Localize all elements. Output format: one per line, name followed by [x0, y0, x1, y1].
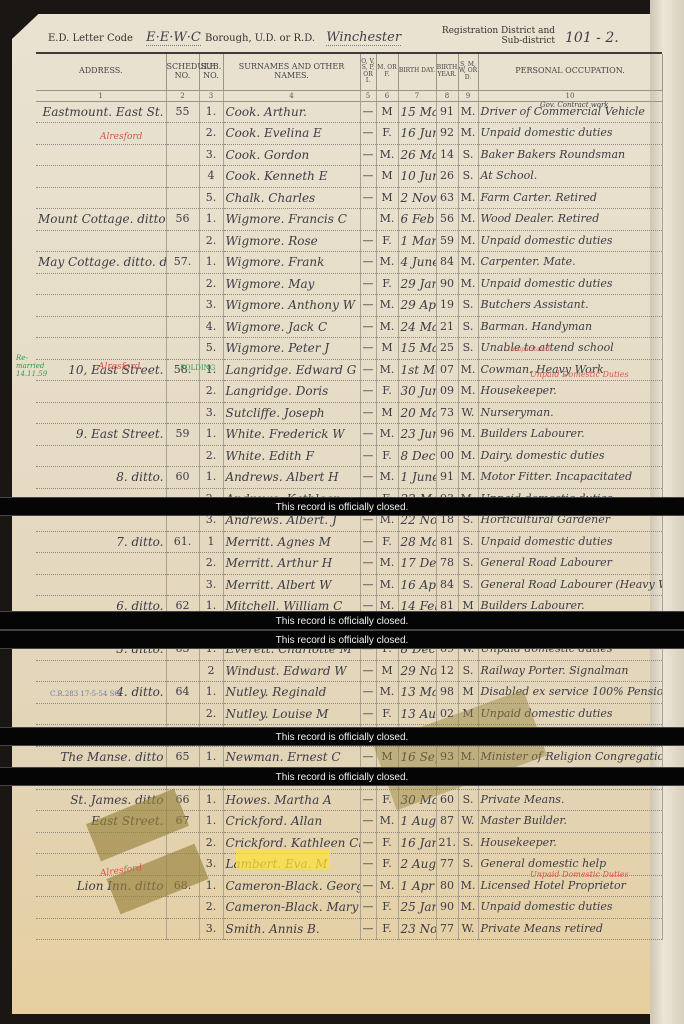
cell-status: M	[458, 682, 478, 704]
cell-status: S.	[458, 854, 478, 876]
cell-status: M.	[458, 424, 478, 446]
cell-occupation: Builders Labourer.	[478, 424, 662, 446]
cell-sub: 3.	[199, 144, 223, 166]
cell-sub: 2.	[199, 381, 223, 403]
cell-status: S.	[458, 574, 478, 596]
table-row: 3.Sutcliffe. Joseph—M20 May73W.Nurseryma…	[36, 402, 662, 424]
cell-ovspi: —	[360, 123, 376, 145]
cell-name: Nutley. Louise M	[223, 703, 360, 725]
cell-name: Wigmore. Anthony W	[223, 295, 360, 317]
col-marital: S, M, W, or D.	[458, 54, 478, 90]
cell-sex: M.	[376, 209, 398, 231]
cell-ovspi: —	[360, 144, 376, 166]
cell-year: 84	[436, 574, 458, 596]
cell-status: M.	[458, 101, 478, 123]
cell-sub: 2.	[199, 553, 223, 575]
cell-sex: M.	[376, 144, 398, 166]
cell-ovspi: —	[360, 295, 376, 317]
cell-schedule	[166, 574, 199, 596]
cell-sub: 2.	[199, 123, 223, 145]
cell-day: 17 Dec	[398, 553, 436, 575]
yellow-highlight	[236, 849, 330, 869]
cell-year: 12	[436, 660, 458, 682]
cell-schedule	[166, 445, 199, 467]
cell-occupation: Wood Dealer. Retired	[478, 209, 662, 231]
cell-status: S.	[458, 338, 478, 360]
cell-year: 80	[436, 875, 458, 897]
cell-day: 15 Mar	[398, 101, 436, 123]
cell-address	[36, 144, 166, 166]
cell-status: S.	[458, 832, 478, 854]
cell-day: 13 Aug	[398, 703, 436, 725]
cell-year: 56	[436, 209, 458, 231]
cell-day: 23 June	[398, 424, 436, 446]
cell-name: Cameron-Black. George	[223, 875, 360, 897]
cell-name: Wigmore. Frank	[223, 252, 360, 274]
cell-name: Wigmore. Peter J	[223, 338, 360, 360]
cell-ovspi: —	[360, 703, 376, 725]
cell-year: 26	[436, 166, 458, 188]
cell-status: W.	[458, 402, 478, 424]
cell-sub: 1.	[199, 424, 223, 446]
cell-day: 1 Aug	[398, 811, 436, 833]
col-num: 1	[36, 90, 166, 101]
cell-sex: M.	[376, 424, 398, 446]
ed-letter-code-label: E.D. Letter Code	[48, 33, 133, 44]
cell-ovspi: —	[360, 789, 376, 811]
cell-sex: M.	[376, 467, 398, 489]
col-num: 2	[166, 90, 199, 101]
cell-status: M.	[458, 187, 478, 209]
table-row: 2.White. Edith F—F.8 Dec00M.Dairy. domes…	[36, 445, 662, 467]
cell-day: 30 June	[398, 381, 436, 403]
cell-schedule	[166, 381, 199, 403]
cell-ovspi: —	[360, 682, 376, 704]
cell-status: M.	[458, 467, 478, 489]
cell-schedule: 56	[166, 209, 199, 231]
cell-year: 87	[436, 811, 458, 833]
cell-year: 91	[436, 467, 458, 489]
cell-day: 1 Mar	[398, 230, 436, 252]
cell-ovspi: —	[360, 553, 376, 575]
cell-day: 29 Apr	[398, 295, 436, 317]
cell-address	[36, 445, 166, 467]
cell-sex: F.	[376, 123, 398, 145]
cell-schedule	[166, 144, 199, 166]
cell-day: 24 May	[398, 316, 436, 338]
cell-year: 63	[436, 187, 458, 209]
cell-address: 9. East Street.	[36, 424, 166, 446]
cell-status: M.	[458, 123, 478, 145]
cell-occupation: Unpaid domestic duties	[478, 123, 662, 145]
cell-ovspi	[360, 209, 376, 231]
cell-year: 73	[436, 402, 458, 424]
cell-day: 1 June	[398, 467, 436, 489]
col-ovspi: O, V, S, P, or I.	[360, 54, 376, 90]
cell-year: 81	[436, 531, 458, 553]
cell-name: Smith. Annis B.	[223, 918, 360, 940]
table-row: 5.Wigmore. Peter J—M15 May25S.Unable to …	[36, 338, 662, 360]
cell-ovspi: —	[360, 359, 376, 381]
cell-address	[36, 381, 166, 403]
cell-occupation: Barman. Handyman	[478, 316, 662, 338]
col-num: 10	[478, 90, 662, 101]
cell-status: M.	[458, 273, 478, 295]
cell-name: Cameron-Black. Mary	[223, 897, 360, 919]
cell-ovspi: —	[360, 531, 376, 553]
annotation-folding: FOLDING	[180, 364, 215, 372]
cell-name: Cook. Evelina E	[223, 123, 360, 145]
cell-schedule	[166, 230, 199, 252]
cell-ovspi: —	[360, 875, 376, 897]
cell-ovspi: —	[360, 467, 376, 489]
cell-occupation: Nurseryman.	[478, 402, 662, 424]
table-row: Mount Cottage. ditto ditto.561.Wigmore. …	[36, 209, 662, 231]
cell-sub: 1.	[199, 467, 223, 489]
cell-address	[36, 574, 166, 596]
cell-ovspi: —	[360, 166, 376, 188]
cell-occupation: Unpaid domestic duties	[478, 531, 662, 553]
cell-address	[36, 703, 166, 725]
cell-year: 96	[436, 424, 458, 446]
cell-schedule: 65	[166, 746, 199, 768]
annotation-unpaid-domestic: Unpaid Domestic Duties	[530, 870, 629, 879]
cell-address: 7. ditto.	[36, 531, 166, 553]
cell-year: 77	[436, 918, 458, 940]
cell-schedule: 57.	[166, 252, 199, 274]
cell-sub: 5.	[199, 187, 223, 209]
table-row: 4Cook. Kenneth E—M10 June26S.At School.	[36, 166, 662, 188]
cell-year: 07	[436, 359, 458, 381]
table-row: 2.Wigmore. Rose—F.1 Mar59M.Unpaid domest…	[36, 230, 662, 252]
col-num: 3	[199, 90, 223, 101]
cell-sub: 1.	[199, 209, 223, 231]
cell-ovspi: —	[360, 832, 376, 854]
cell-day: 2 Aug	[398, 854, 436, 876]
cell-day: 26 Mar	[398, 144, 436, 166]
cell-sex: M.	[376, 574, 398, 596]
registration-label: Registration District and Sub-district	[430, 26, 555, 46]
cell-sex: M.	[376, 359, 398, 381]
cell-sub: 1.	[199, 101, 223, 123]
cell-name: Cook. Gordon	[223, 144, 360, 166]
cell-ovspi: —	[360, 187, 376, 209]
cell-schedule	[166, 166, 199, 188]
col-names: Surnames and Other Names.	[223, 54, 360, 90]
cell-sub: 3.	[199, 574, 223, 596]
cell-year: 92	[436, 123, 458, 145]
cell-schedule	[166, 123, 199, 145]
cell-day: 1st Mar	[398, 359, 436, 381]
cell-schedule	[166, 295, 199, 317]
cell-year: 21	[436, 316, 458, 338]
cell-sex: F.	[376, 445, 398, 467]
cell-occupation: At School.	[478, 166, 662, 188]
cell-schedule	[166, 273, 199, 295]
cell-name: Merritt. Agnes M	[223, 531, 360, 553]
cell-address: Mount Cottage. ditto ditto.	[36, 209, 166, 231]
cell-ovspi: —	[360, 273, 376, 295]
cell-ovspi: —	[360, 381, 376, 403]
cell-sex: M.	[376, 252, 398, 274]
cell-day: 29 Jan	[398, 273, 436, 295]
cell-address: Eastmount. East St.	[36, 101, 166, 123]
cell-year: 59	[436, 230, 458, 252]
cell-address	[36, 295, 166, 317]
cell-status: S.	[458, 789, 478, 811]
cell-status: M.	[458, 875, 478, 897]
cell-schedule	[166, 187, 199, 209]
cell-name: White. Frederick W	[223, 424, 360, 446]
annotation-alresford: Alresford	[98, 362, 140, 372]
closed-record-banner: This record is officially closed.	[0, 767, 684, 786]
cell-day: 2 Nov	[398, 187, 436, 209]
table-header: Address. Schedule No. Sub. No. Surnames …	[36, 54, 662, 90]
table-row: The Manse. ditto651.Newman. Ernest C—M16…	[36, 746, 662, 768]
cell-sub: 4	[199, 166, 223, 188]
cell-address	[36, 187, 166, 209]
cell-year: 78	[436, 553, 458, 575]
cell-name: Cook. Arthur.	[223, 101, 360, 123]
cell-sex: F.	[376, 381, 398, 403]
col-birth-year: Birth Year.	[436, 54, 458, 90]
cell-ovspi: —	[360, 424, 376, 446]
col-address: Address.	[36, 54, 166, 90]
cell-status: S.	[458, 316, 478, 338]
cell-year: 98	[436, 682, 458, 704]
cell-schedule	[166, 918, 199, 940]
cell-status: S.	[458, 166, 478, 188]
cell-day: 20 May	[398, 402, 436, 424]
cell-year: 84	[436, 252, 458, 274]
cell-occupation: Private Means.	[478, 789, 662, 811]
col-num: 8	[436, 90, 458, 101]
col-num: 7	[398, 90, 436, 101]
cell-day: 15 May	[398, 338, 436, 360]
cell-status: M.	[458, 359, 478, 381]
cell-status: M.	[458, 381, 478, 403]
cell-sex: M.	[376, 682, 398, 704]
cell-name: White. Edith F	[223, 445, 360, 467]
cell-status: S.	[458, 144, 478, 166]
cell-sex: M	[376, 338, 398, 360]
cell-occupation: Unpaid domestic duties	[478, 230, 662, 252]
cell-schedule	[166, 316, 199, 338]
cell-occupation: General Road Labourer (Heavy Work)	[478, 574, 662, 596]
cell-address: The Manse. ditto	[36, 746, 166, 768]
cell-sex: M.	[376, 295, 398, 317]
cell-sub: 1	[199, 531, 223, 553]
table-row: 3.Cook. Gordon—M.26 Mar14S.Baker Bakers …	[36, 144, 662, 166]
cell-sex: F.	[376, 854, 398, 876]
col-num: 6	[376, 90, 398, 101]
cell-day: 28 May	[398, 531, 436, 553]
cell-year: 19	[436, 295, 458, 317]
closed-record-banner: This record is officially closed.	[0, 630, 684, 649]
cell-sub: 1.	[199, 811, 223, 833]
cell-address	[36, 230, 166, 252]
cell-year: 91	[436, 101, 458, 123]
table-row: 2Windust. Edward W—M29 Nov12S.Railway Po…	[36, 660, 662, 682]
cell-sex: F.	[376, 230, 398, 252]
cell-occupation: General Road Labourer	[478, 553, 662, 575]
cell-sub: 2.	[199, 832, 223, 854]
cell-address	[36, 166, 166, 188]
cell-address	[36, 316, 166, 338]
cell-ovspi: —	[360, 918, 376, 940]
cell-day: 23 Nov	[398, 918, 436, 940]
cell-occupation: Dairy. domestic duties	[478, 445, 662, 467]
cell-occupation: Unable to attend school	[478, 338, 662, 360]
table-row: 3.Merritt. Albert W—M.16 Apr84S.General …	[36, 574, 662, 596]
borough-value: Winchester	[326, 30, 401, 46]
closed-record-banner: This record is officially closed.	[0, 497, 684, 516]
table-row: 2.Nutley. Louise M—F.13 Aug02MUnpaid dom…	[36, 703, 662, 725]
cell-year: 77	[436, 854, 458, 876]
cell-status: M.	[458, 445, 478, 467]
cell-name: Crickford. Allan	[223, 811, 360, 833]
cell-sub: 2.	[199, 445, 223, 467]
cell-ovspi: —	[360, 811, 376, 833]
cell-day: 1 Apr	[398, 875, 436, 897]
table-row: 9. East Street.591.White. Frederick W—M.…	[36, 424, 662, 446]
cell-ovspi: —	[360, 445, 376, 467]
col-birth-day: Birth Day.	[398, 54, 436, 90]
cell-day: 8 Dec	[398, 445, 436, 467]
closed-record-banner: This record is officially closed.	[0, 611, 684, 630]
cell-year: 25	[436, 338, 458, 360]
cell-year: 90	[436, 273, 458, 295]
cell-day: 10 June	[398, 166, 436, 188]
cell-sub: 3.	[199, 295, 223, 317]
cell-name: Howes. Martha A	[223, 789, 360, 811]
cell-ovspi: —	[360, 660, 376, 682]
col-sex: M. or F.	[376, 54, 398, 90]
cell-sub: 3.	[199, 918, 223, 940]
col-sub-no: Sub. No.	[199, 54, 223, 90]
table-row: 3.Smith. Annis B.—F.23 Nov77W.Private Me…	[36, 918, 662, 940]
table-row: 5.Chalk. Charles—M2 Nov63M.Farm Carter. …	[36, 187, 662, 209]
cell-address: 8. ditto.	[36, 467, 166, 489]
cell-sub: 2	[199, 660, 223, 682]
col-num: 9	[458, 90, 478, 101]
cell-name: Merritt. Albert W	[223, 574, 360, 596]
col-num: 5	[360, 90, 376, 101]
cell-day: 16 Apr	[398, 574, 436, 596]
annotation-remarried: Re-married 14.11.59	[16, 354, 56, 378]
col-schedule-no: Schedule No.	[166, 54, 199, 90]
cell-name: Wigmore. Rose	[223, 230, 360, 252]
cell-name: Cook. Kenneth E	[223, 166, 360, 188]
annotation-incapacitated: Incapacitated	[508, 346, 550, 353]
cell-sex: M	[376, 402, 398, 424]
cell-occupation: Baker Bakers Roundsman	[478, 144, 662, 166]
annotation-alresford: Alresford	[100, 132, 142, 142]
cell-ovspi: —	[360, 338, 376, 360]
cell-sub: 2.	[199, 230, 223, 252]
cell-occupation: Unpaid domestic duties	[478, 897, 662, 919]
cell-occupation: Housekeeper.	[478, 381, 662, 403]
cell-status: S.	[458, 660, 478, 682]
cell-occupation: Carpenter. Mate.	[478, 252, 662, 274]
cell-day: 4 June	[398, 252, 436, 274]
cell-sex: M	[376, 660, 398, 682]
cell-name: Nutley. Reginald	[223, 682, 360, 704]
cell-year: 90	[436, 897, 458, 919]
cell-name: Langridge. Doris	[223, 381, 360, 403]
cell-schedule	[166, 897, 199, 919]
cell-status: S.	[458, 531, 478, 553]
cell-ovspi: —	[360, 316, 376, 338]
cell-day: 16 June	[398, 123, 436, 145]
cell-schedule: 59	[166, 424, 199, 446]
cell-name: Merritt. Arthur H	[223, 553, 360, 575]
cell-name: Newman. Ernest C	[223, 746, 360, 768]
cell-schedule	[166, 338, 199, 360]
cell-schedule: 61.	[166, 531, 199, 553]
cell-occupation: Motor Fitter. Incapacitated	[478, 467, 662, 489]
cell-day: 6 Feb	[398, 209, 436, 231]
cell-schedule: 64	[166, 682, 199, 704]
cell-ovspi: —	[360, 402, 376, 424]
cell-ovspi: —	[360, 252, 376, 274]
cell-schedule: 60	[166, 467, 199, 489]
table-row: 4.Wigmore. Jack C—M.24 May21S.Barman. Ha…	[36, 316, 662, 338]
cell-status: W.	[458, 811, 478, 833]
cell-year: 14	[436, 144, 458, 166]
cell-sex: M.	[376, 811, 398, 833]
cell-name: Andrews. Albert H	[223, 467, 360, 489]
table-row: 2.Langridge. Doris—F.30 June09M.Housekee…	[36, 381, 662, 403]
cell-sex: M	[376, 187, 398, 209]
cell-name: Chalk. Charles	[223, 187, 360, 209]
cell-status: S.	[458, 295, 478, 317]
cell-sex: M.	[376, 875, 398, 897]
closed-record-banner: This record is officially closed.	[0, 727, 684, 746]
table-row: 3.Wigmore. Anthony W—M.29 Apr19S.Butcher…	[36, 295, 662, 317]
column-numbers: 1 2 3 4 5 6 7 8 9 10	[36, 90, 662, 101]
cell-schedule: 55	[166, 101, 199, 123]
cell-schedule	[166, 553, 199, 575]
cell-sub: 2.	[199, 273, 223, 295]
cell-sub: 3.	[199, 402, 223, 424]
cell-sub: 1.	[199, 682, 223, 704]
table-row: 4. ditto.641.Nutley. Reginald—M.13 Mar98…	[36, 682, 662, 704]
cell-sex: M	[376, 101, 398, 123]
cell-ovspi: —	[360, 101, 376, 123]
cell-sub: 1.	[199, 789, 223, 811]
cell-day: 16 Jan	[398, 832, 436, 854]
cell-occupation: Butchers Assistant.	[478, 295, 662, 317]
cell-name: Wigmore. May	[223, 273, 360, 295]
annotation-unpaid-domestic: Unpaid Domestic Duties	[530, 370, 629, 379]
cell-day: 13 Mar	[398, 682, 436, 704]
cell-status: W.	[458, 918, 478, 940]
cell-schedule	[166, 703, 199, 725]
cell-address: May Cottage. ditto. ditto	[36, 252, 166, 274]
cell-occupation: Railway Porter. Signalman	[478, 660, 662, 682]
cell-sub: 1.	[199, 252, 223, 274]
cell-status: M.	[458, 897, 478, 919]
annotation-cr-reference: C.R.283 17-5-54 SO	[50, 690, 120, 698]
cell-status: S.	[458, 553, 478, 575]
cell-sub: 5.	[199, 338, 223, 360]
cell-sex: F.	[376, 273, 398, 295]
cell-name: Wigmore. Francis C	[223, 209, 360, 231]
cell-name: Wigmore. Jack C	[223, 316, 360, 338]
table-row: May Cottage. ditto. ditto57.1.Wigmore. F…	[36, 252, 662, 274]
cell-address	[36, 273, 166, 295]
